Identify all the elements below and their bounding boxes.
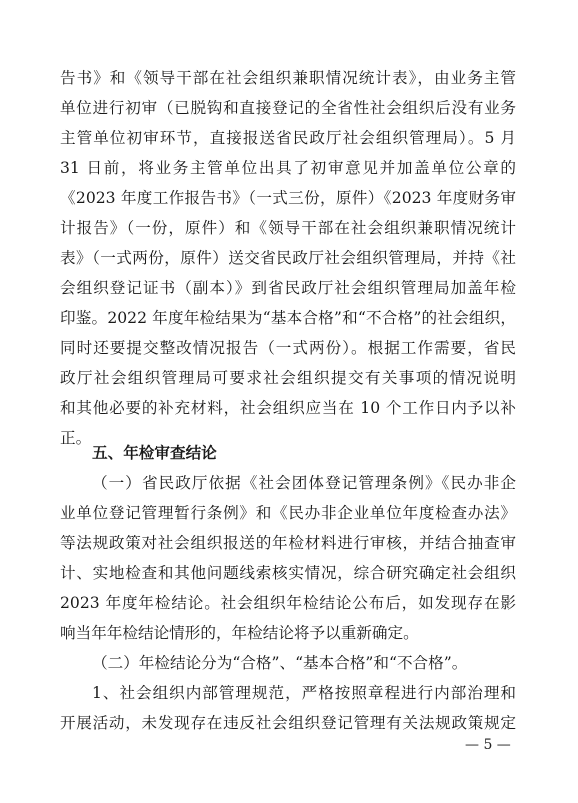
- text-line: 表》（一式两份，原件）送交省民政厅社会组织管理局，并持《社: [60, 243, 516, 273]
- text-line: 主管单位初审环节，直接报送省民政厅社会组织管理局）。5 月: [60, 123, 516, 153]
- document-page: 告书》和《领导干部在社会组织兼职情况统计表》，由业务主管 单位进行初审（已脱钩和…: [0, 0, 578, 803]
- text-line: 开展活动，未发现存在违反社会组织登记管理有关法规政策规定: [60, 708, 516, 738]
- text-line: 会组织登记证书（副本）》到省民政厅社会组织管理局加盖年检: [60, 273, 516, 303]
- text-line: 业单位登记管理暂行条例》和《民办非企业单位年度检查办法》: [60, 498, 516, 528]
- text-line: 等法规政策对社会组织报送的年检材料进行审核，并结合抽查审: [60, 528, 516, 558]
- text-line: （一）省民政厅依据《社会团体登记管理条例》《民办非企: [92, 468, 516, 498]
- text-line: 计报告》（一份，原件）和《领导干部在社会组织兼职情况统计: [60, 213, 516, 243]
- text-line: 31 日前，将业务主管单位出具了初审意见并加盖单位公章的: [60, 153, 516, 183]
- text-line: 同时还要提交整改情况报告（一式两份）。根据工作需要，省民: [60, 333, 516, 363]
- section-heading: 五、年检审查结论: [92, 438, 217, 468]
- page-number: — 5 —: [465, 735, 511, 755]
- text-line: 单位进行初审（已脱钩和直接登记的全省性社会组织后没有业务: [60, 93, 516, 123]
- text-line: 2023 年度年检结论。社会组织年检结论公布后，如发现存在影: [60, 588, 516, 618]
- text-line: （二）年检结论分为“合格”、“基本合格”和“不合格”。: [92, 648, 516, 678]
- text-line: 响当年年检结论情形的，年检结论将予以重新确定。: [60, 618, 516, 648]
- text-line: 印鉴。2022 年度年检结果为“基本合格”和“不合格”的社会组织，: [60, 303, 516, 333]
- text-line: 告书》和《领导干部在社会组织兼职情况统计表》，由业务主管: [60, 63, 516, 93]
- text-line: 和其他必要的补充材料，社会组织应当在 10 个工作日内予以补: [60, 393, 516, 423]
- text-line: 政厅社会组织管理局可要求社会组织提交有关事项的情况说明: [60, 363, 516, 393]
- text-line: 《2023 年度工作报告书》（一式三份，原件）《2023 年度财务审: [60, 183, 516, 213]
- text-line: 1、社会组织内部管理规范，严格按照章程进行内部治理和: [92, 678, 516, 708]
- text-line: 计、实地检查和其他问题线索核实情况，综合研究确定社会组织: [60, 558, 516, 588]
